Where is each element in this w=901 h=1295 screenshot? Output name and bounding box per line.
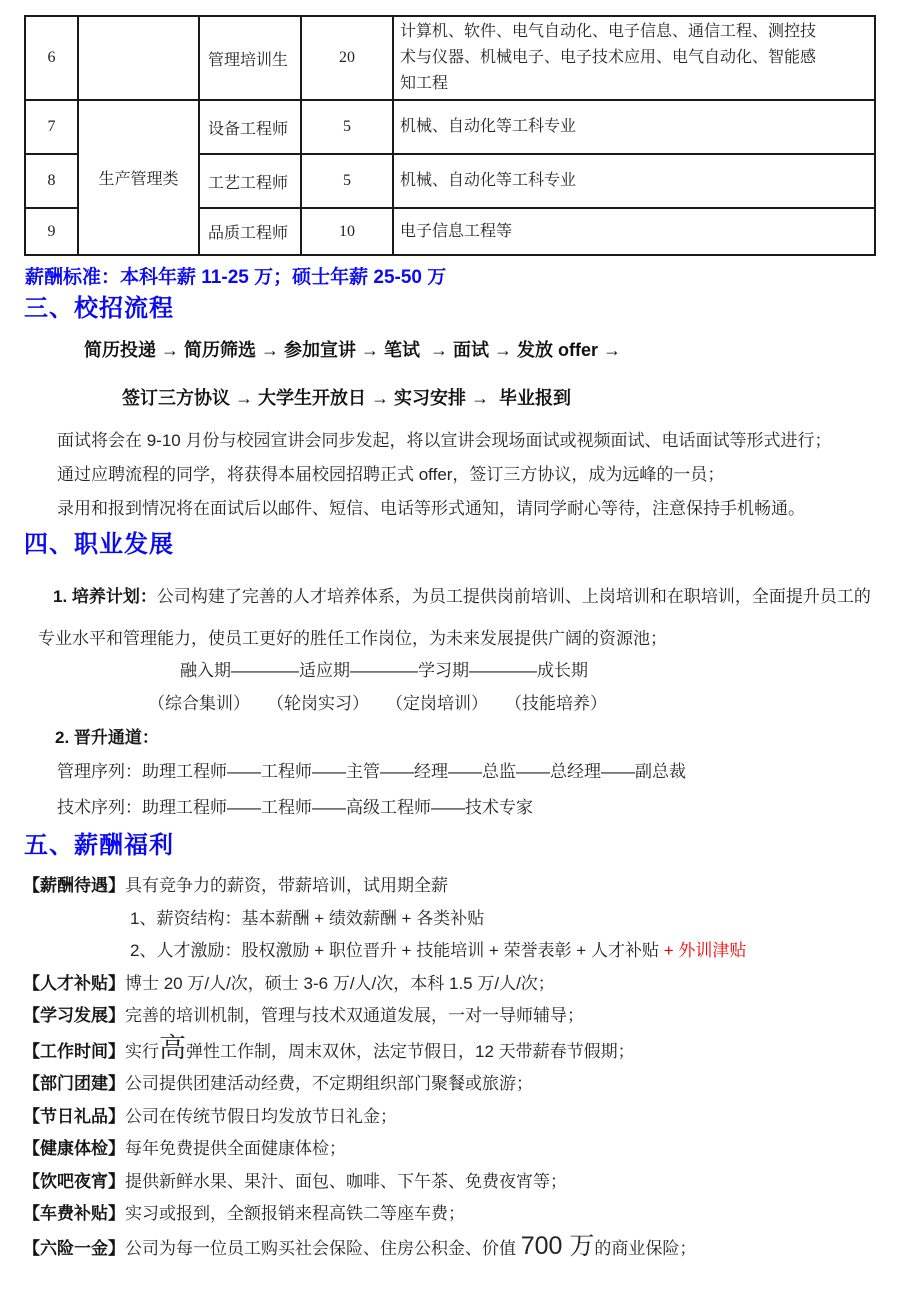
recruit-paragraph-interview: 面试将会在 9-10 月份与校园宣讲会同步发起，将以宣讲会现场面试或视频面试、电… — [57, 430, 873, 452]
cell-row8-no: 8 — [25, 154, 78, 208]
benefit-worktime: 【工作时间】实行高弹性工作制，周末双休，法定节假日，12 天带薪春节假期； — [23, 1038, 878, 1062]
positions-table: 6 管理培训生 20 计算机、软件、电气自动化、电子信息、通信工程、测控技术与仪… — [24, 15, 876, 256]
benefit-salary-text: 具有竞争力的薪资，带薪培训，试用期全薪 — [125, 876, 448, 895]
cell-row8-count: 5 — [301, 154, 393, 208]
recruit-flow-line-1: 简历投递 → 简历筛选 → 参加宣讲 → 笔试 → 面试 → 发放 offer … — [84, 338, 901, 362]
cell-row6-position: 管理培训生 — [199, 16, 301, 100]
cell-row6-count: 20 — [301, 16, 393, 100]
benefit-talent-incentive-highlight: + 外训津贴 — [664, 941, 747, 960]
salary-standard-note: 薪酬标准：本科年薪 11-25 万；硕士年薪 25-50 万 — [25, 266, 901, 290]
table-row-6: 6 管理培训生 20 计算机、软件、电气自动化、电子信息、通信工程、测控技术与仪… — [25, 16, 875, 100]
cell-row7-count: 5 — [301, 100, 393, 154]
benefit-salary-label: 【薪酬待遇】 — [23, 876, 125, 895]
benefit-fare-subsidy-text: 实习或报到，全额报销来程高铁二等座车费； — [125, 1204, 465, 1223]
benefit-health-check-label: 【健康体检】 — [23, 1139, 125, 1158]
cell-row6-category-continued — [78, 16, 199, 100]
benefit-learning: 【学习发展】完善的培训机制，管理与技术双通道发展，一对一导师辅导； — [23, 1005, 878, 1026]
benefit-insurance-pre: 公司为每一位员工购买社会保险、住房公积金、价值 — [125, 1239, 521, 1258]
benefit-talent-subsidy-text: 博士 20 万/人/次，硕士 3-6 万/人/次，本科 1.5 万/人/次； — [125, 974, 555, 993]
benefit-worktime-big-char: 高 — [159, 1033, 186, 1063]
table-row-7: 7 生产管理类 设备工程师 5 机械、自动化等工科专业 — [25, 100, 875, 154]
benefits-list: 【薪酬待遇】具有竞争力的薪资，带薪培训，试用期全薪 1、薪资结构：基本薪酬 + … — [23, 875, 878, 1259]
benefit-health-check-text: 每年免费提供全面健康体检； — [125, 1139, 346, 1158]
cell-row8-position: 工艺工程师 — [199, 154, 301, 208]
benefit-worktime-post: 弹性工作制，周末双休，法定节假日，12 天带薪春节假期； — [186, 1042, 635, 1061]
benefit-talent-subsidy: 【人才补贴】博士 20 万/人/次，硕士 3-6 万/人/次，本科 1.5 万/… — [23, 973, 878, 994]
section-title-welfare: 五、薪酬福利 — [24, 831, 901, 861]
benefit-holiday-gift-text: 公司在传统节假日均发放节日礼金； — [125, 1107, 397, 1126]
recruit-paragraph-notification: 录用和报到情况将在面试后以邮件、短信、电话等形式通知，请同学耐心等待，注意保持手… — [57, 498, 873, 520]
training-plan-paragraph: 1. 培养计划：公司构建了完善的人才培养体系，为员工提供岗前培训、上岗培训和在职… — [38, 576, 875, 660]
benefit-learning-label: 【学习发展】 — [23, 1006, 125, 1025]
promotion-channel-label: 2. 晋升通道： — [55, 727, 901, 749]
benefit-snack-bar-label: 【饮吧夜宵】 — [23, 1172, 125, 1191]
cell-row7-position: 设备工程师 — [199, 100, 301, 154]
benefit-talent-subsidy-label: 【人才补贴】 — [23, 974, 125, 993]
cell-row6-no: 6 — [25, 16, 78, 100]
training-plan-label: 1. 培养计划： — [53, 587, 157, 606]
benefit-talent-incentive-main: 2、人才激励：股权激励 + 职位晋升 + 技能培训 + 荣誉表彰 + 人才补贴 — [130, 941, 664, 960]
benefit-holiday-gift: 【节日礼品】公司在传统节假日均发放节日礼金； — [23, 1106, 878, 1127]
management-sequence-line: 管理序列：助理工程师——工程师——主管——经理——总监——总经理——副总裁 — [57, 761, 901, 783]
recruit-flow-line-2: 签订三方协议 → 大学生开放日 → 实习安排 → 毕业报到 — [122, 386, 901, 410]
benefit-insurance-big-amount: 700 万 — [521, 1232, 595, 1260]
cell-row9-position: 品质工程师 — [199, 208, 301, 255]
benefit-insurance-label: 【六险一金】 — [23, 1239, 125, 1258]
benefit-salary-structure: 1、薪资结构：基本薪酬 + 绩效薪酬 + 各类补贴 — [130, 908, 878, 929]
benefit-team-building-text: 公司提供团建活动经费，不定期组织部门聚餐或旅游； — [125, 1074, 533, 1093]
benefit-team-building: 【部门团建】公司提供团建活动经费，不定期组织部门聚餐或旅游； — [23, 1073, 878, 1094]
section-title-career-development: 四、职业发展 — [24, 530, 901, 560]
benefit-team-building-label: 【部门团建】 — [23, 1074, 125, 1093]
section-title-recruit-process: 三、校招流程 — [24, 294, 901, 324]
cell-row7-no: 7 — [25, 100, 78, 154]
benefit-worktime-pre: 实行 — [125, 1042, 159, 1061]
cell-row7-majors: 机械、自动化等工科专业 — [393, 100, 875, 154]
cell-row6-majors: 计算机、软件、电气自动化、电子信息、通信工程、测控技术与仪器、机械电子、电子技术… — [393, 16, 875, 100]
recruit-paragraph-offer: 通过应聘流程的同学，将获得本届校园招聘正式 offer，签订三方协议，成为远峰的… — [57, 464, 873, 486]
growth-stages-sublabels: （综合集训） （轮岗实习） （定岗培训） （技能培养） — [148, 693, 901, 715]
growth-stages-line: 融入期————适应期————学习期————成长期 — [180, 660, 901, 682]
benefit-health-check: 【健康体检】每年免费提供全面健康体检； — [23, 1138, 878, 1159]
benefit-worktime-label: 【工作时间】 — [23, 1042, 125, 1061]
cell-row9-no: 9 — [25, 208, 78, 255]
cell-row9-count: 10 — [301, 208, 393, 255]
benefit-learning-text: 完善的培训机制，管理与技术双通道发展，一对一导师辅导； — [125, 1006, 584, 1025]
benefit-talent-incentive: 2、人才激励：股权激励 + 职位晋升 + 技能培训 + 荣誉表彰 + 人才补贴 … — [130, 940, 878, 961]
benefit-snack-bar: 【饮吧夜宵】提供新鲜水果、果汁、面包、咖啡、下午茶、免费夜宵等； — [23, 1171, 878, 1192]
cell-row9-majors: 电子信息工程等 — [393, 208, 875, 255]
training-plan-text: 公司构建了完善的人才培养体系，为员工提供岗前培训、上岗培训和在职培训，全面提升员… — [38, 587, 871, 648]
technical-sequence-line: 技术序列：助理工程师——工程师——高级工程师——技术专家 — [57, 797, 901, 819]
benefit-fare-subsidy-label: 【车费补贴】 — [23, 1204, 125, 1223]
benefit-snack-bar-text: 提供新鲜水果、果汁、面包、咖啡、下午茶、免费夜宵等； — [125, 1172, 567, 1191]
cell-row8-majors: 机械、自动化等工科专业 — [393, 154, 875, 208]
benefit-fare-subsidy: 【车费补贴】实习或报到，全额报销来程高铁二等座车费； — [23, 1203, 878, 1224]
cell-category-production-management: 生产管理类 — [78, 100, 199, 255]
benefit-holiday-gift-label: 【节日礼品】 — [23, 1107, 125, 1126]
document-page: 6 管理培训生 20 计算机、软件、电气自动化、电子信息、通信工程、测控技术与仪… — [0, 0, 901, 1295]
benefit-insurance: 【六险一金】公司为每一位员工购买社会保险、住房公积金、价值 700 万的商业保险… — [23, 1236, 878, 1259]
benefit-insurance-post: 的商业保险； — [594, 1239, 696, 1258]
benefit-salary: 【薪酬待遇】具有竞争力的薪资，带薪培训，试用期全薪 — [23, 875, 878, 896]
